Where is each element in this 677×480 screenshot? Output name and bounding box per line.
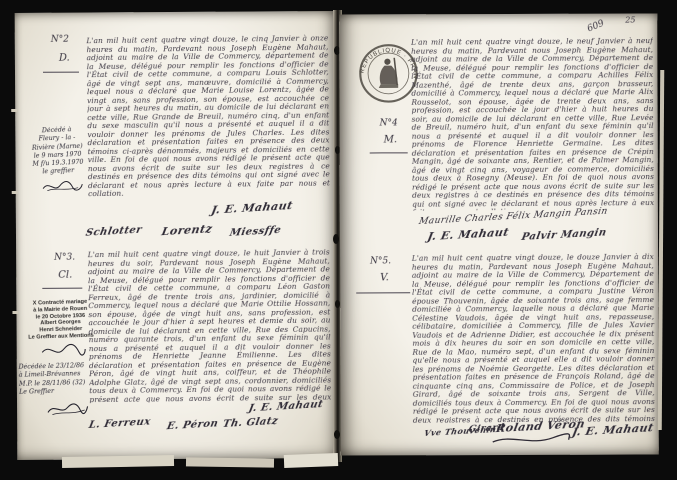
witness-signature: E. Péron [166,418,219,432]
act2-body-text: L'an mil huit cent quatre vingt douze, l… [86,34,330,201]
act4-margin-letter: M. [384,134,397,145]
declarant-signature: L. Ferreux [88,417,152,432]
right-page: 609 25 RÉPUBLIQUE · FRANÇAISE N°4 M. L'a… [339,13,659,455]
act2-margin-letter: D. [59,53,70,64]
act5-margin-number: N°5. [370,256,391,266]
torn-paper-fragment [186,457,274,467]
corner-page-number: 25 [625,16,635,25]
act5-body-text: L'an mil huit cent quatre vingt douze, l… [412,253,655,423]
witness-signature: Palvir Mangin [520,227,607,243]
act2-death-margin-note: Décédé à Fleury - la - Rivière (Marne) l… [16,125,98,178]
gutter-thread [333,234,339,244]
greffier-signature-flourish [42,177,84,195]
act3-margin-number: N°3. [54,253,75,263]
act3-margin-letter: Cl. [58,270,72,281]
torn-paper-fragment [284,453,338,468]
binding-stitch [12,191,18,194]
corner-scribble: 609 [586,19,606,35]
act4-margin-number: N°4 [380,118,398,128]
register-scan: N°2 D. Décédé à Fleury - la - Rivière (M… [0,0,677,480]
declarant-signature: Schlotter [85,225,143,239]
officiant-signature: J. E. Mahaut [426,226,510,243]
page-edge [658,70,665,430]
binding-stitch [12,311,18,314]
officiant-signature: J. E. Mahaut [248,399,324,414]
greffier-signature-flourish [45,399,89,419]
act4-body-text: L'an mil huit cent quatre vingt douze, l… [411,37,654,211]
margin-rule [356,292,410,293]
witness-signature: Th. Glatz [222,416,279,430]
act3-body-text: L'an mil huit cent quatre vingt douze, l… [88,248,332,403]
torn-paper-fragment [62,455,174,468]
act5-margin-letter: V. [380,272,389,283]
margin-rule [370,152,408,153]
binding-stitch [11,109,17,112]
witness-signature: Lorentz [160,222,213,238]
margin-rule [43,72,79,73]
gutter-thread [334,430,340,439]
act2-margin-number: N°2 [51,35,69,45]
officiant-signature: J. E. Mahaut [210,199,294,217]
witness-signature: Miessffe [229,225,282,239]
left-page: N°2 D. Décédé à Fleury - la - Rivière (M… [15,11,338,460]
greffier-signature-flourish [41,343,87,359]
margin-rule [42,288,82,289]
signature-flourish [491,432,571,446]
